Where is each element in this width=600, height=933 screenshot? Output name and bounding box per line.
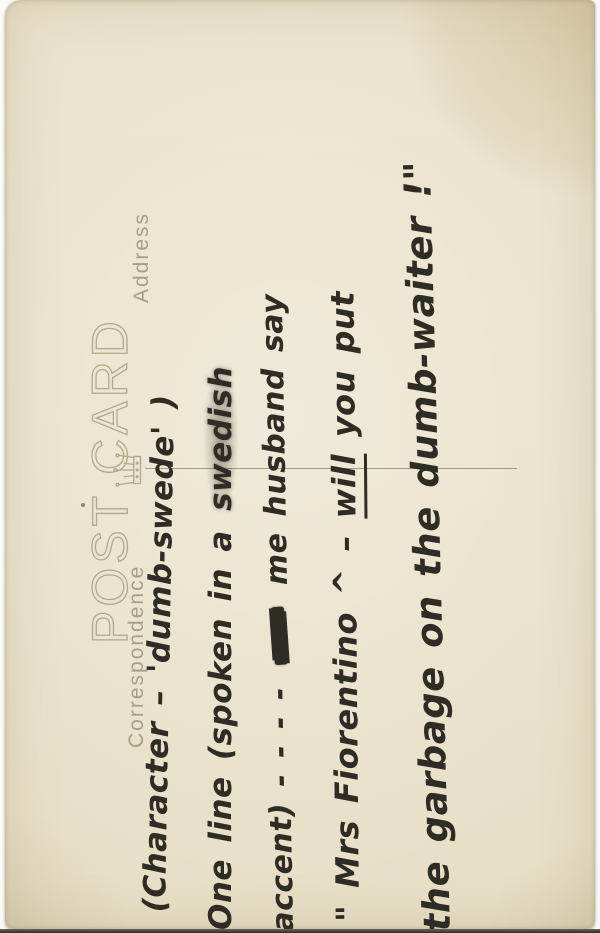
handwritten-text: you put: [323, 291, 362, 454]
handwritten-text: " Mrs Fiorentino ^ –: [325, 518, 367, 922]
scribbled-out-word: [271, 607, 288, 666]
smudged-word: swedish: [203, 363, 239, 514]
address-label: Address: [131, 212, 152, 303]
handwritten-line-2: One line (spoken in a swedish: [204, 363, 240, 930]
crown-icon: [109, 452, 145, 488]
photo-bottom-edge: [0, 929, 600, 933]
handwritten-line-5: the garbage on the dumb-waiter !": [397, 160, 460, 932]
underlined-word: will: [325, 454, 368, 519]
handwritten-line-4: " Mrs Fiorentino ^ – will you put: [324, 291, 366, 922]
handwritten-text: the garbage on the dumb-waiter !": [396, 160, 459, 932]
handwritten-text: accent) - - - -: [261, 671, 301, 932]
ink-fleck: [81, 503, 85, 507]
handwritten-line-1: (Character – 'dumb-swede' ): [138, 394, 183, 913]
handwritten-text: One line (spoken in a: [203, 514, 239, 930]
handwritten-line-3: accent) - - - - me husband say: [256, 294, 302, 932]
postcard-back: POST CARD Correspondence Address (Charac…: [5, 0, 595, 929]
handwritten-text: me husband say: [255, 294, 295, 602]
handwritten-text: (Character – 'dumb-swede' ): [137, 394, 182, 913]
postcard-photo: POST CARD Correspondence Address (Charac…: [0, 0, 600, 933]
